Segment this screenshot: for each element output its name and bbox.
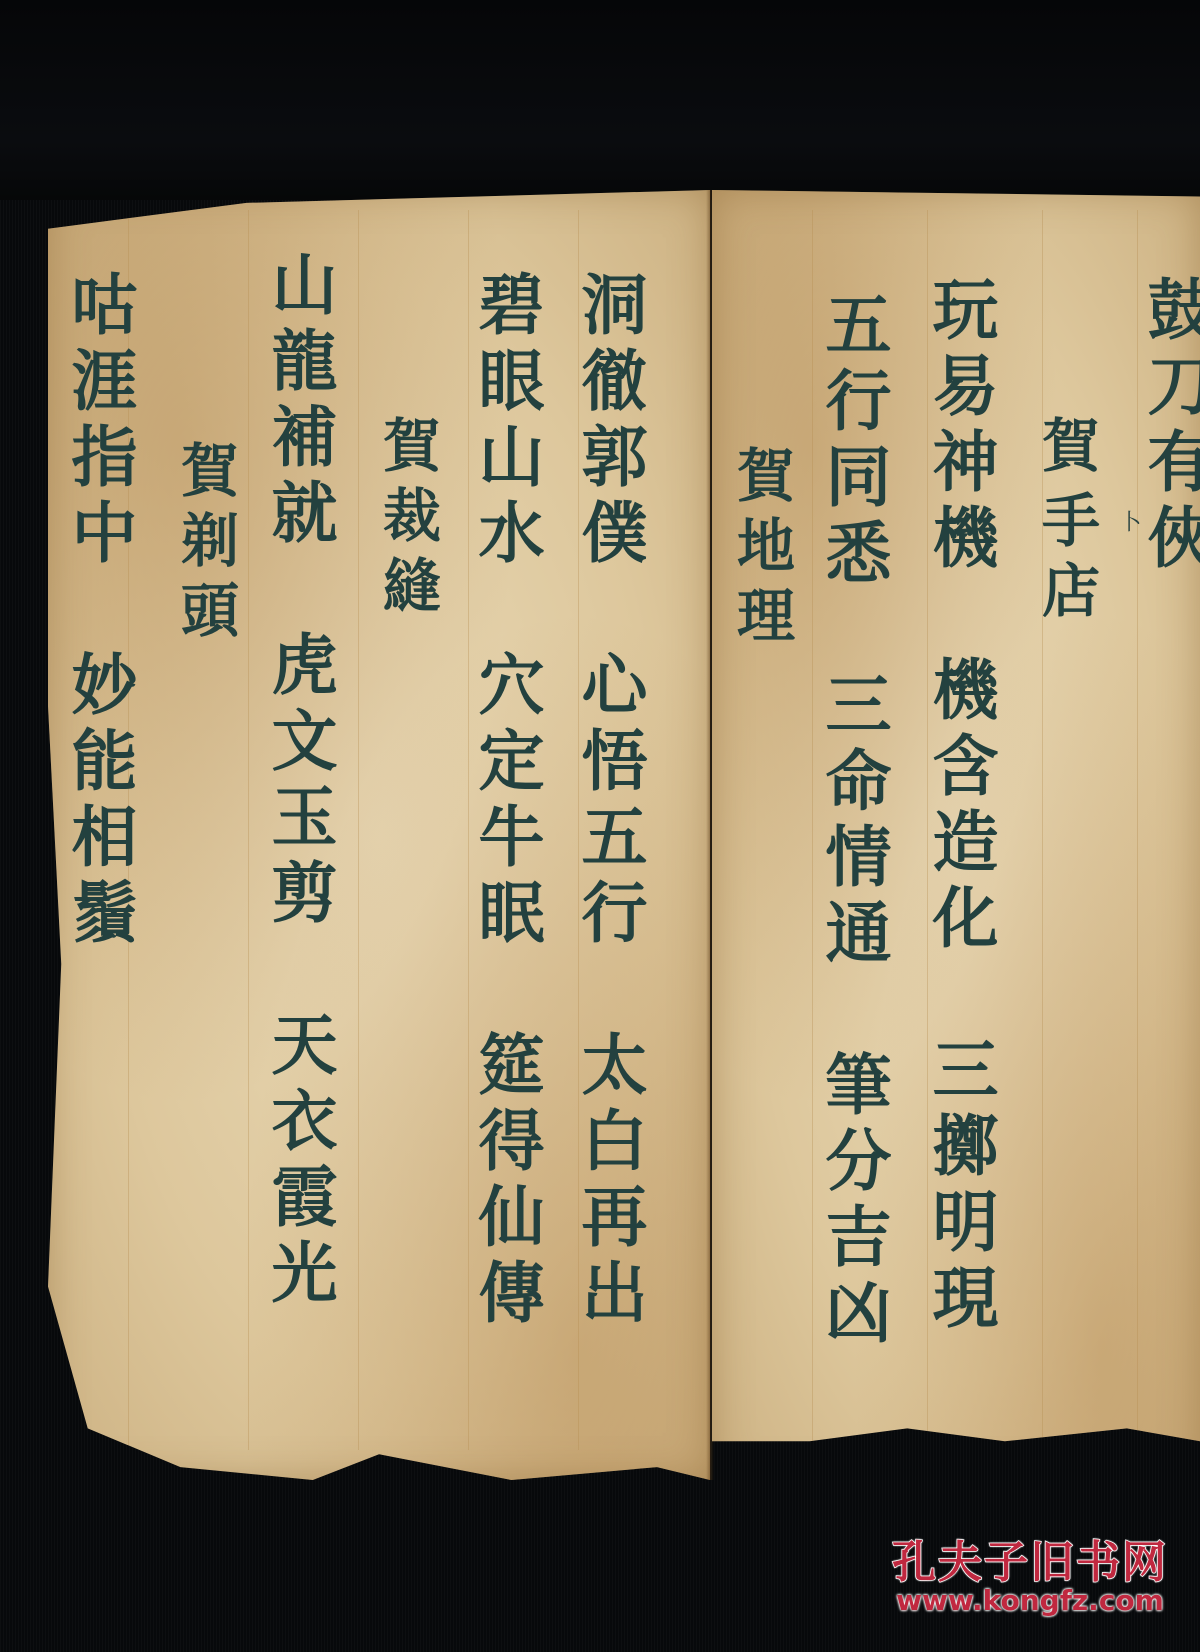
text-column-l3: 賀裁縫 — [378, 415, 436, 625]
text-column-l2: 碧眼山水 穴定牛眠 筵得仙傳 — [473, 270, 539, 1334]
velvet-background — [0, 0, 1200, 200]
column-rule — [358, 210, 359, 1450]
text-column-r2-annotation: 卜 — [1117, 510, 1139, 532]
column-rule — [248, 210, 249, 1450]
text-column-r4: 五行同悉 三命情通 筆分吉凶 — [820, 290, 886, 1354]
watermark-url: www.kongfz.com — [880, 1586, 1180, 1617]
text-column-l4: 山龍補就 虎文玉剪 天衣霞光 — [266, 250, 332, 1314]
text-column-r5: 賀地理 — [732, 445, 790, 655]
text-column-r2-cont: 手店 — [1037, 490, 1095, 630]
column-rule — [1042, 210, 1043, 1450]
left-page: 洞徹郭僕 心悟五行 太白再出 碧眼山水 穴定牛眠 筵得仙傳 賀裁縫 山龍補就 虎… — [48, 190, 710, 1480]
watermark-site-name: 孔夫子旧书网 — [880, 1540, 1180, 1586]
text-column-l6: 咕涯指中 妙能相鬚 — [66, 270, 132, 954]
site-watermark: 孔夫子旧书网 www.kongfz.com — [880, 1540, 1180, 1617]
text-column-r1: 鼓刀有俠 — [1142, 275, 1200, 579]
text-column-l5: 賀剃頭 — [176, 440, 234, 650]
text-column-r3: 玩易神機 機含造化 三擲明現 — [927, 275, 993, 1339]
text-column-l1: 洞徹郭僕 心悟五行 太白再出 — [576, 270, 642, 1334]
column-rule — [812, 210, 813, 1450]
right-page: 鼓刀有俠 賀 卜 手店 玩易神機 機含造化 三擲明現 五行同悉 三命情通 筆分吉… — [712, 190, 1200, 1480]
text-column-r2: 賀 — [1037, 415, 1095, 485]
manuscript-spread: 洞徹郭僕 心悟五行 太白再出 碧眼山水 穴定牛眠 筵得仙傳 賀裁縫 山龍補就 虎… — [40, 190, 1200, 1480]
